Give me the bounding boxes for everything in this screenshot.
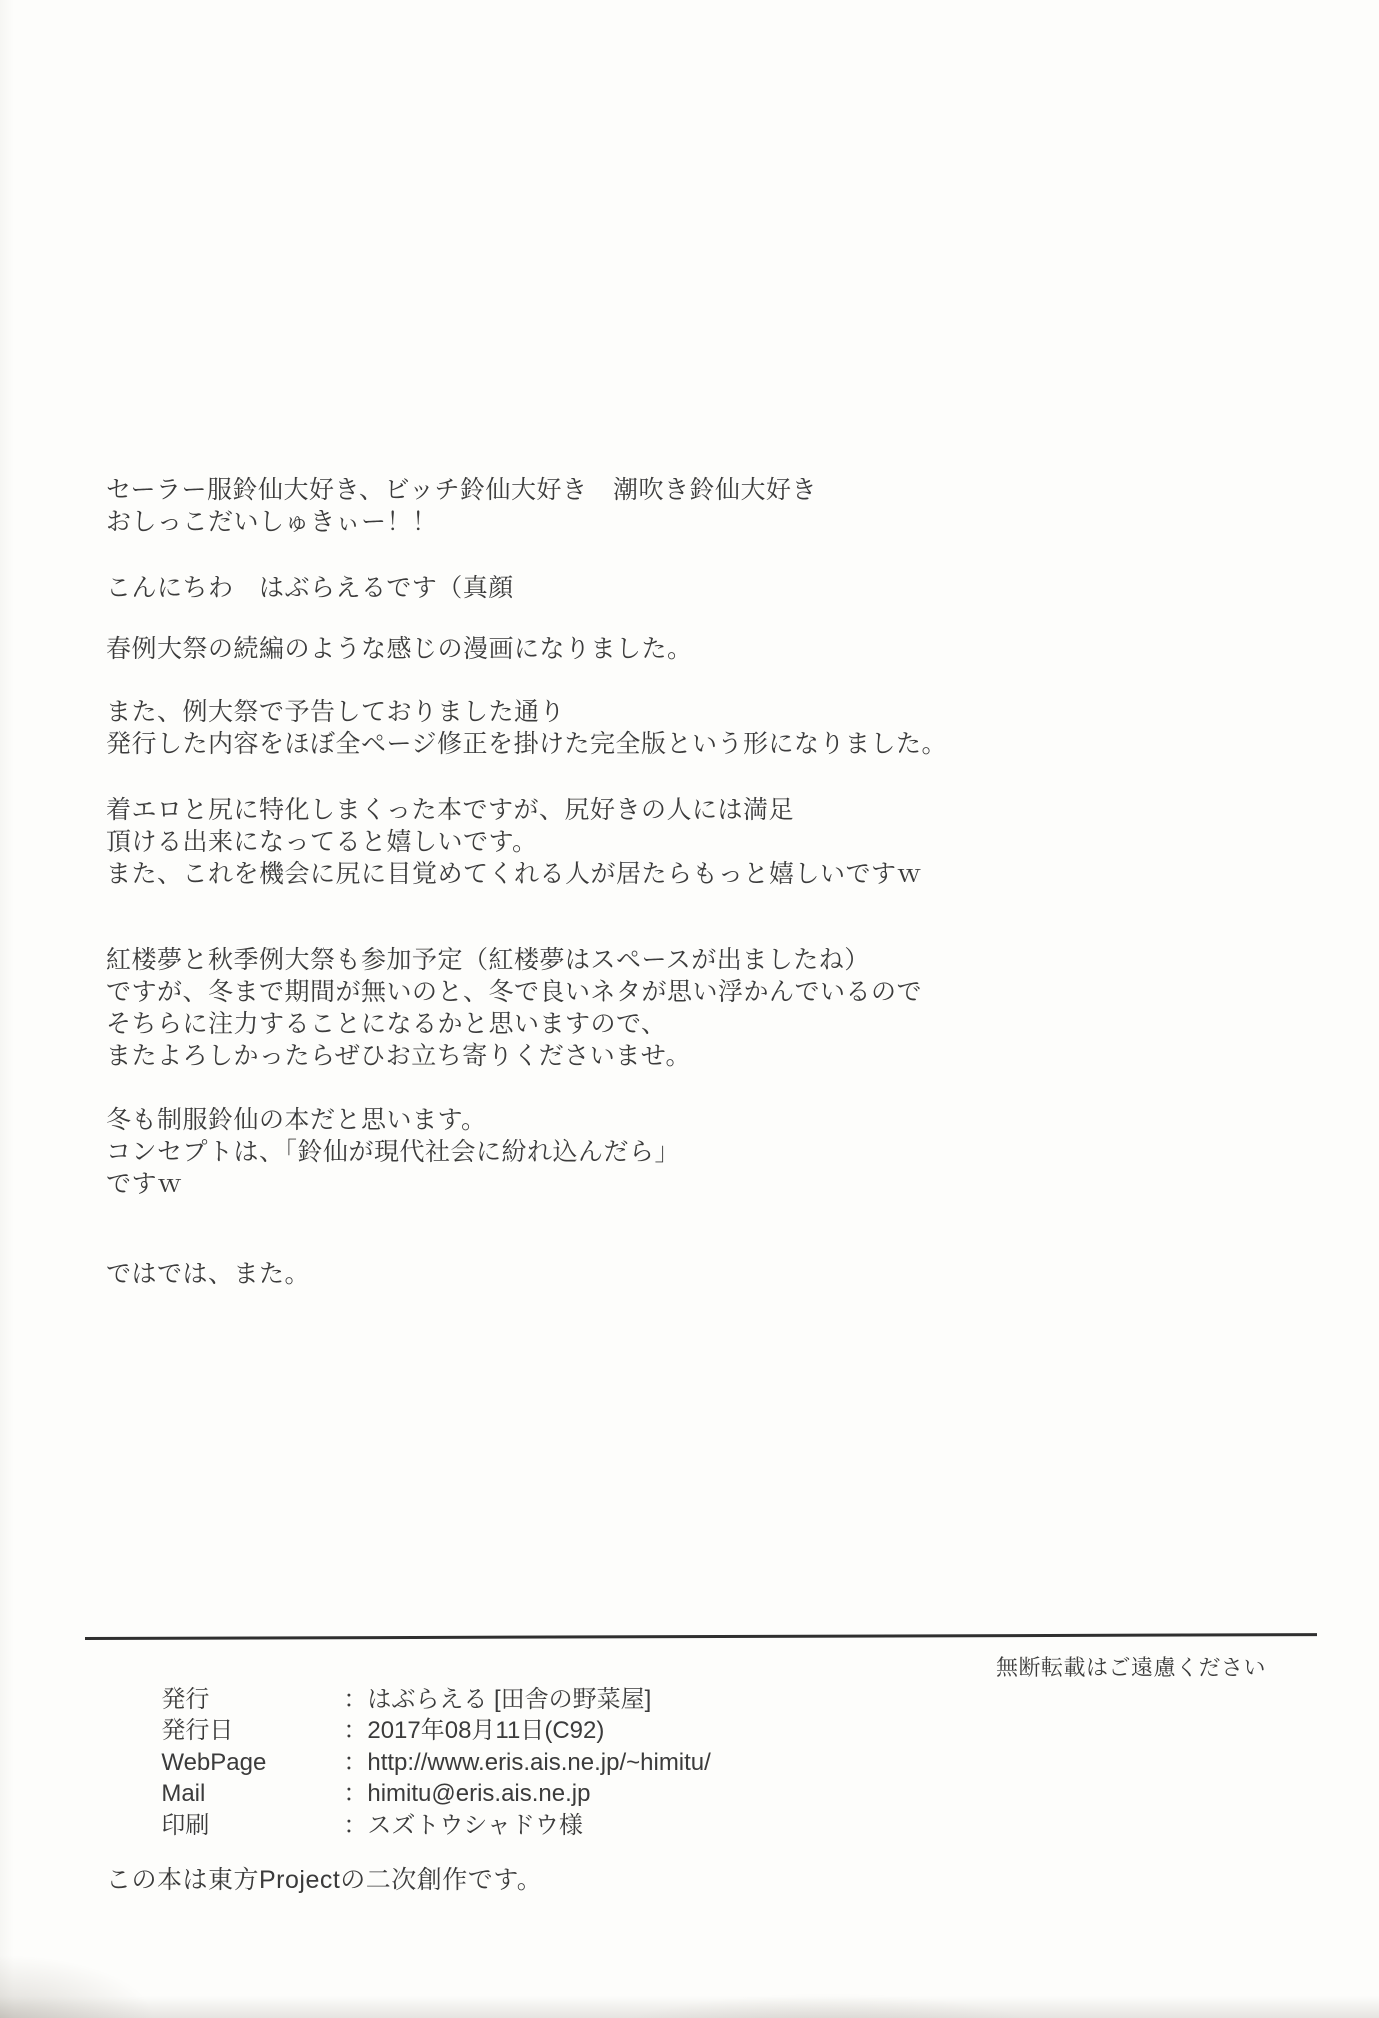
afterword-line: 春例大祭の続編のような感じの漫画になりました。 <box>106 633 1306 665</box>
afterword-line: 冬も制服鈴仙の本だと思います。 <box>106 1104 1306 1136</box>
no-reproduction-notice: 無断転載はご遠慮ください <box>950 1654 1266 1682</box>
colophon-label: Mail <box>161 1778 343 1810</box>
colophon-value: 2017年08月11日(C92) <box>367 1717 604 1744</box>
colophon-value-url: http://www.eris.ais.ne.jp/~himitu/ <box>367 1749 710 1776</box>
colophon-value: スズトウシャドウ様 <box>367 1812 583 1839</box>
colophon-value-email: himitu@eris.ais.ne.jp <box>367 1780 590 1807</box>
afterword-paragraph: 冬も制服鈴仙の本だと思います。 コンセプトは、「鈴仙が現代社会に紛れ込んだら」 … <box>106 1104 1306 1200</box>
afterword-line: 頂ける出来になってると嬉しいです。 <box>106 826 1306 858</box>
afterword-paragraph: 紅楼夢と秋季例大祭も参加予定（紅楼夢はスペースが出ましたね） ですが、冬まで期間… <box>106 944 1306 1072</box>
colophon-separator: ： <box>343 1686 367 1713</box>
scanned-afterword-page: セーラー服鈴仙大好き、ビッチ鈴仙大好き 潮吹き鈴仙大好き おしっこだいしゅきぃー… <box>0 0 1379 2018</box>
afterword-line: また、これを機会に尻に目覚めてくれる人が居たらもっと嬉しいですｗ <box>106 858 1306 890</box>
afterword-line: そちらに注力することになるかと思いますので、 <box>106 1008 1306 1040</box>
afterword-paragraph: ではでは、また。 <box>106 1258 1306 1290</box>
afterword-line: 紅楼夢と秋季例大祭も参加予定（紅楼夢はスペースが出ましたね） <box>106 944 1306 976</box>
afterword-line: またよろしかったらぜひお立ち寄りくださいませ。 <box>106 1040 1306 1072</box>
afterword-line: 着エロと尻に特化しまくった本ですが、尻好きの人には満足 <box>106 794 1306 826</box>
colophon-divider-line <box>85 1633 1317 1640</box>
afterword-line: また、例大祭で予告しておりました通り <box>106 696 1306 728</box>
afterword-line: 発行した内容をほぼ全ページ修正を掛けた完全版という形になりました。 <box>106 728 1306 760</box>
colophon-row-publisher: 発行：はぶらえる [田舎の野菜屋] <box>108 1652 711 1684</box>
afterword-paragraph: 春例大祭の続編のような感じの漫画になりました。 <box>106 633 1306 665</box>
afterword-line: ですｗ <box>106 1168 1306 1200</box>
derivative-work-note: この本は東方Projectの二次創作です。 <box>106 1864 542 1896</box>
colophon-label: 発行日 <box>161 1715 343 1747</box>
afterword-line: ですが、冬まで期間が無いのと、冬で良いネタが思い浮かんでいるので <box>106 976 1306 1008</box>
colophon-separator: ： <box>343 1780 367 1807</box>
afterword-line: ではでは、また。 <box>106 1258 1306 1290</box>
colophon-separator: ： <box>343 1717 367 1744</box>
afterword-paragraph: セーラー服鈴仙大好き、ビッチ鈴仙大好き 潮吹き鈴仙大好き おしっこだいしゅきぃー… <box>106 474 1306 538</box>
afterword-line: こんにちわ はぶらえるです（真顔 <box>106 572 1306 604</box>
afterword-paragraph: また、例大祭で予告しておりました通り 発行した内容をほぼ全ページ修正を掛けた完全… <box>106 696 1306 760</box>
colophon-separator: ： <box>343 1812 367 1839</box>
colophon-label: 印刷 <box>161 1810 343 1842</box>
colophon-value: はぶらえる [田舎の野菜屋] <box>367 1686 651 1713</box>
colophon-separator: ： <box>343 1749 367 1776</box>
colophon-label: 発行 <box>161 1684 343 1716</box>
afterword-line: セーラー服鈴仙大好き、ビッチ鈴仙大好き 潮吹き鈴仙大好き <box>106 474 1306 506</box>
afterword-paragraph: 着エロと尻に特化しまくった本ですが、尻好きの人には満足 頂ける出来になってると嬉… <box>106 794 1306 890</box>
colophon-label: WebPage <box>161 1747 343 1779</box>
afterword-line: コンセプトは、「鈴仙が現代社会に紛れ込んだら」 <box>106 1136 1306 1168</box>
afterword-paragraph: こんにちわ はぶらえるです（真顔 <box>106 572 1306 604</box>
colophon-rows: 発行：はぶらえる [田舎の野菜屋] 発行日：2017年08月11日(C92) W… <box>108 1652 711 1810</box>
afterword-line: おしっこだいしゅきぃー！！ <box>106 506 1306 538</box>
